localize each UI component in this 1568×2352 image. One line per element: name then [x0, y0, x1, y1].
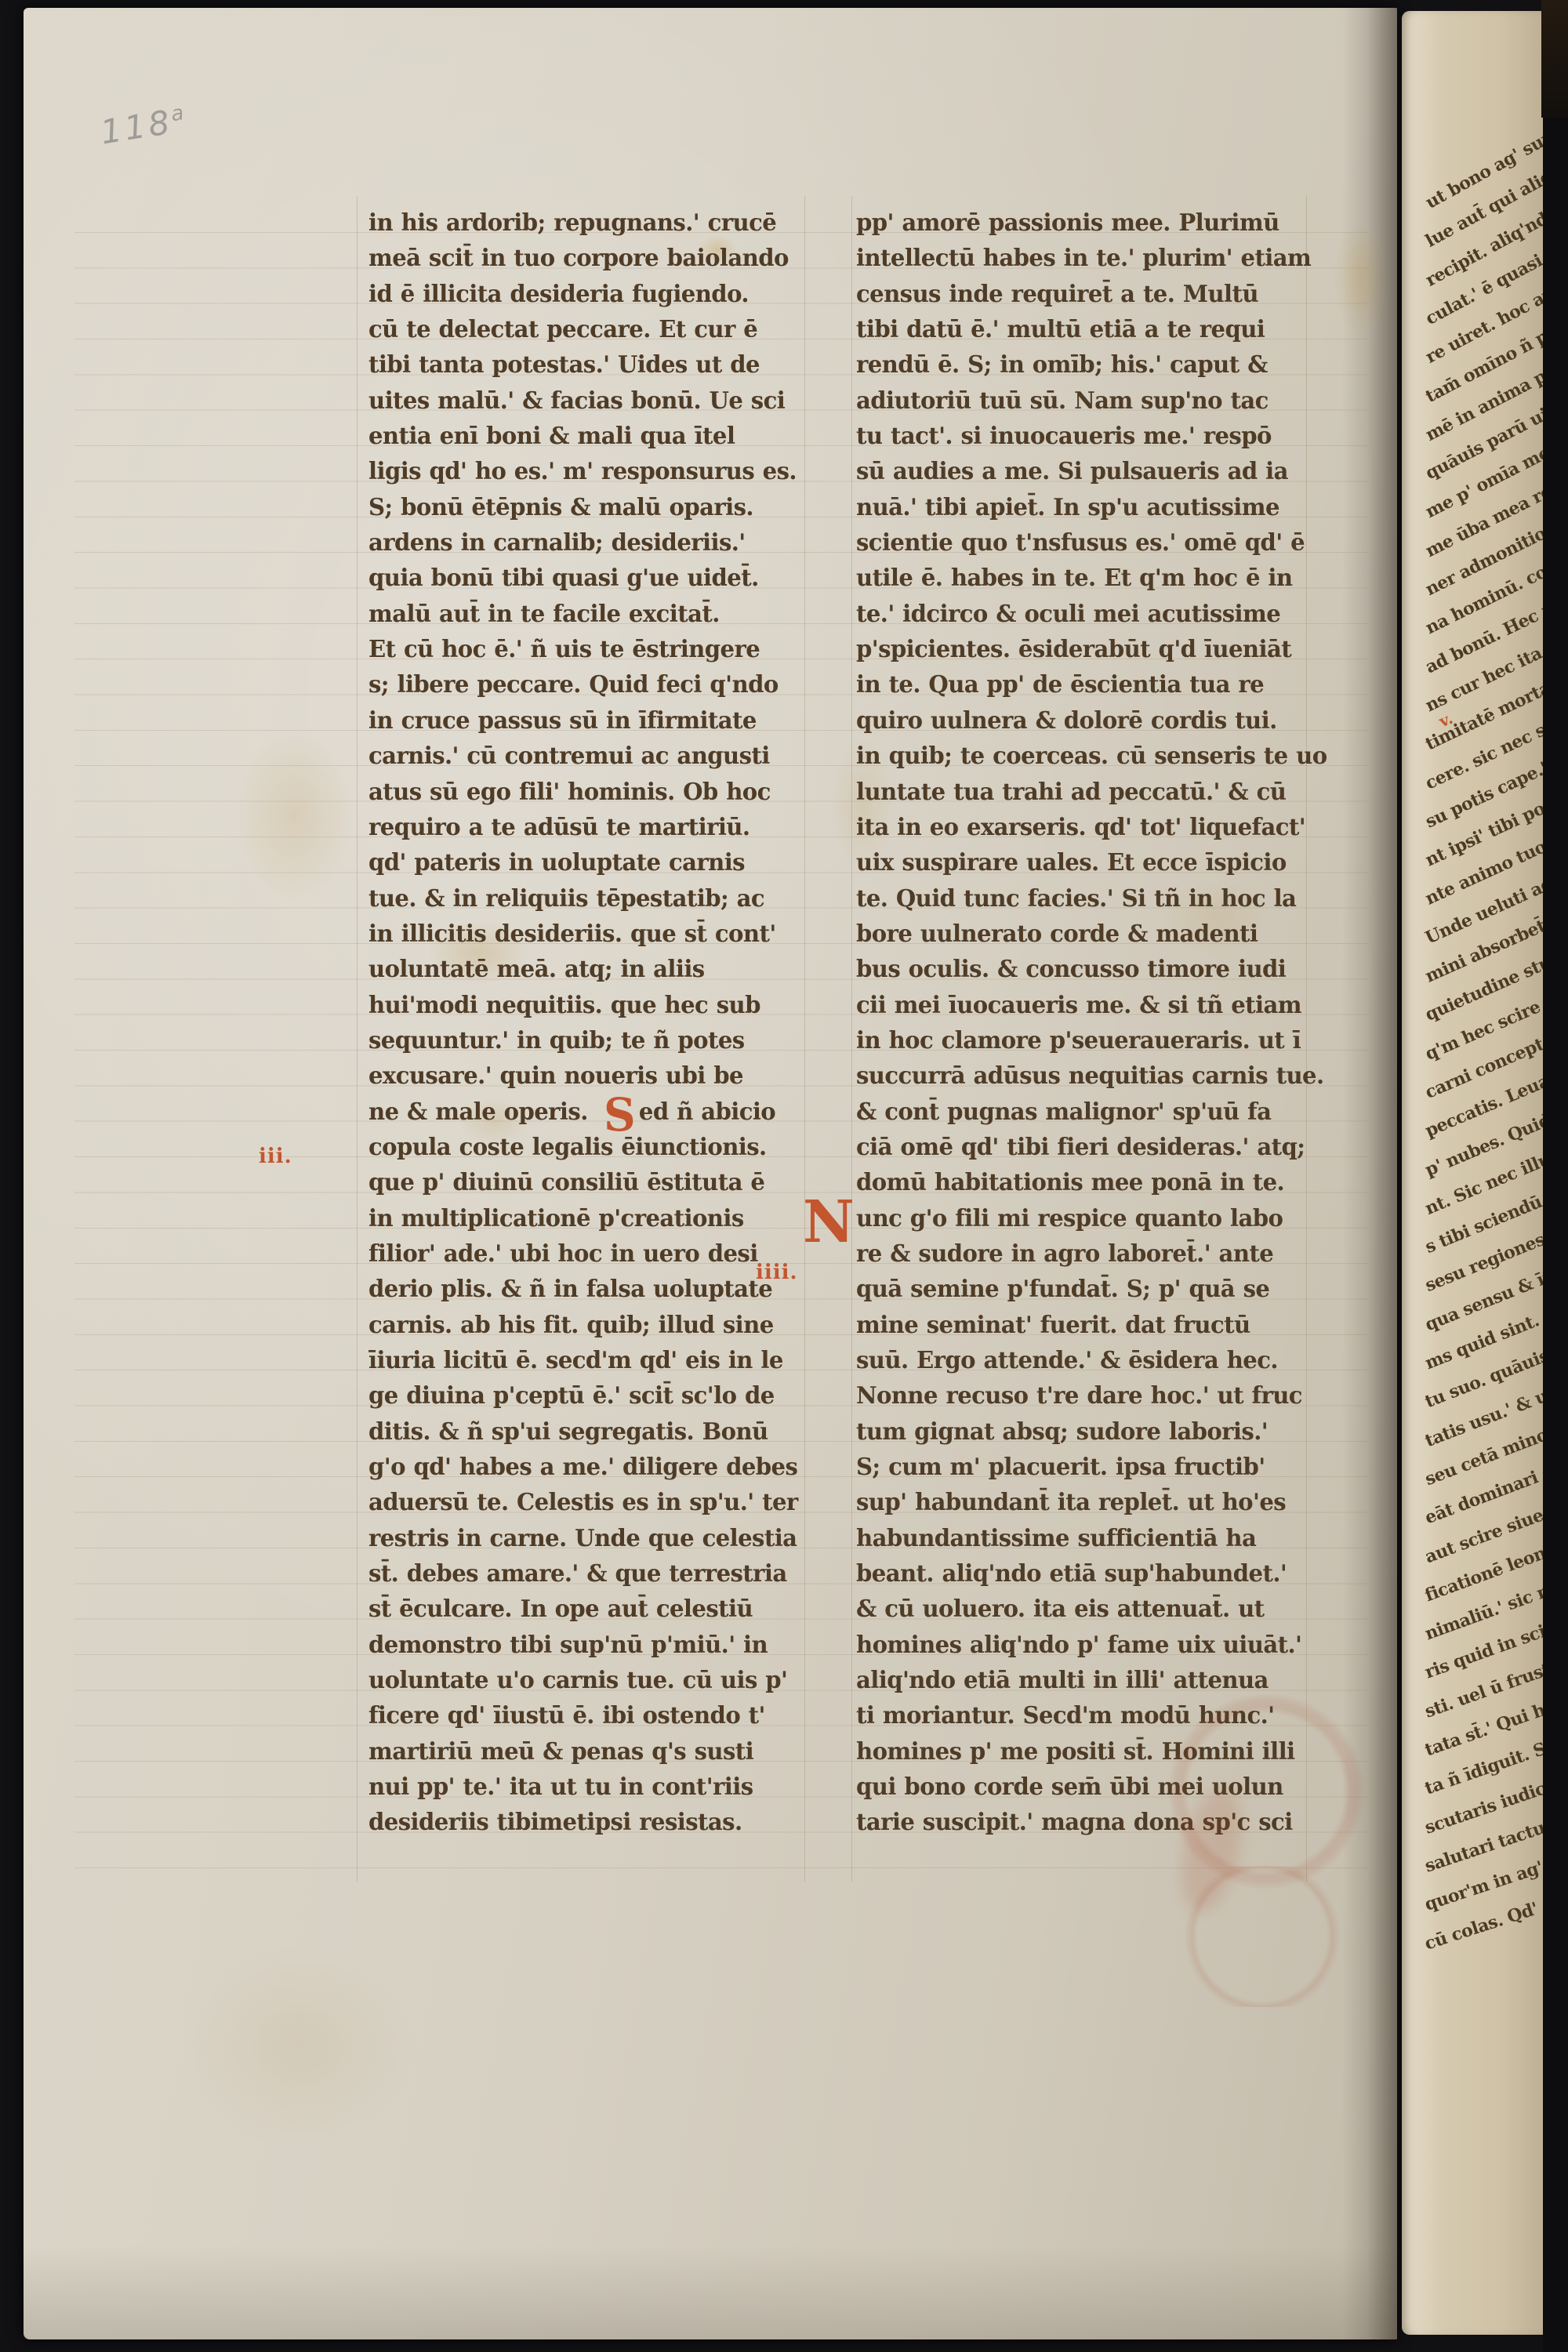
manuscript-line: derio plis. & ñ in falsa uoluptate [368, 1272, 794, 1307]
manuscript-line: cū te delectat peccare. Et cur ē [368, 312, 794, 347]
manuscript-line: in illicitis desideriis. que st̄ cont' [368, 916, 794, 952]
manuscript-line: & cū uoluero. ita eis attenuat̄. ut [856, 1592, 1298, 1627]
scan-background [1543, 0, 1568, 2352]
manuscript-line: nui pp' te.' ita ut tu in cont'riis [368, 1769, 794, 1805]
manuscript-line: in his ardorib; repugnans.' crucē [368, 205, 794, 241]
manuscript-line: ge diuina p'ceptū ē.' scit̄ sc'lo de [368, 1378, 794, 1414]
manuscript-line: ditis. & ñ sp'ui segregatis. Bonū [368, 1414, 794, 1450]
manuscript-line: carnis. ab his fit. quib; illud sine [368, 1308, 794, 1343]
gutter-shadow [1342, 8, 1397, 2339]
book-block-corner [1541, 0, 1568, 118]
manuscript-line: aduersū te. Celestis es in sp'u.' ter [368, 1485, 794, 1520]
manuscript-line: homines p' me positi st̄. Homini illi [856, 1734, 1298, 1769]
manuscript-line: census inde requiret̄ a te. Multū [856, 277, 1298, 312]
manuscript-line: que p' diuinū consiliū ēstituta ē [368, 1165, 794, 1200]
manuscript-line: sup' habundant̄ ita replet̄. ut ho'es [856, 1485, 1298, 1520]
manuscript-line: in quib; te coerceas. cū senseris te uo [856, 739, 1298, 774]
manuscript-line: pp' amorē passionis mee. Plurimū [856, 205, 1298, 241]
manuscript-line: mine seminat' fuerit. dat fructū [856, 1308, 1298, 1343]
manuscript-line: ardens in carnalib; desideriis.' [368, 525, 794, 561]
manuscript-line: Nonne recuso t're dare hoc.' ut fruc [856, 1378, 1298, 1414]
manuscript-line: bus oculis. & concusso timore iudi [856, 952, 1298, 987]
manuscript-line: st̄ ēculcare. In ope aut̄ celestiū [368, 1592, 794, 1627]
manuscript-line: tibi datū ē.' multū etiā a te requi [856, 312, 1298, 347]
manuscript-line: excusare.' quin noueris ubi be [368, 1058, 794, 1094]
manuscript-line: tu tact'. si inuocaueris me.' respō [856, 419, 1298, 454]
manuscript-line: s; libere peccare. Quid feci q'ndo [368, 667, 794, 702]
manuscript-line: uoluntatē meā. atq; in aliis [368, 952, 794, 987]
manuscript-line: utile ē. habes in te. Et q'm hoc ē in [856, 561, 1298, 596]
manuscript-line: martiriū meū & penas q's susti [368, 1734, 794, 1769]
manuscript-line: in te. Qua pp' de ēscientia tua re [856, 667, 1298, 702]
page-bottom-shadow [24, 2245, 1397, 2339]
manuscript-line: tarie suscipit.' magna dona sp'c sci [856, 1805, 1298, 1840]
manuscript-line: qd' pateris in uoluptate carnis [368, 845, 794, 880]
manuscript-line: in multiplicationē p'creationis [368, 1201, 794, 1236]
manuscript-line: suū. Ergo attende.' & ēsidera hec. [856, 1343, 1298, 1378]
manuscript-line: ciā omē qd' tibi fieri desideras.' atq; [856, 1130, 1298, 1165]
manuscript-line: ficere qd' īiustū ē. ibi ostendo t' [368, 1698, 794, 1733]
manuscript-line: filior' ade.' ubi hoc in uero desi [368, 1236, 794, 1272]
manuscript-line: ita in eo exarseris. qd' tot' liquefact' [856, 810, 1298, 845]
manuscript-line: desideriis tibimetipsi resistas. [368, 1805, 794, 1840]
manuscript-line: uix suspirare uales. Et ecce īspicio [856, 845, 1298, 880]
manuscript-line: domū habitationis mee ponā in te. [856, 1165, 1298, 1200]
text-column-right: pp' amorē passionis mee. Plurimūintellec… [856, 205, 1311, 1841]
manuscript-line: ne & male operis. Sed ñ abicio [368, 1094, 794, 1130]
manuscript-line: malū aut̄ in te facile excitat̄. [368, 597, 794, 632]
manuscript-line: sequuntur.' in quib; te ñ potes [368, 1023, 794, 1058]
manuscript-photograph: 118a iii. iiii. in his ardorib; repugnan… [0, 0, 1568, 2352]
manuscript-line: succurrā adūsus nequitias carnis tue. [856, 1058, 1298, 1094]
manuscript-line: in cruce passus sū in īfirmitate [368, 703, 794, 739]
manuscript-line: īiuria licitū ē. secd'm qd' eis in le [368, 1343, 794, 1378]
manuscript-line: te.' idcirco & oculi mei acutissime [856, 597, 1298, 632]
manuscript-line: requiro a te adūsū te martiriū. [368, 810, 794, 845]
manuscript-line: quiro uulnera & dolorē cordis tui. [856, 703, 1298, 739]
manuscript-line: carnis.' cū contremui ac angusti [368, 739, 794, 774]
manuscript-line: cii mei īuocaueris me. & si tñ etiam [856, 988, 1298, 1023]
manuscript-line: copula coste legalis ēiunctionis. [368, 1130, 794, 1165]
text-column-left: in his ardorib; repugnans.' crucēmeā sci… [368, 205, 808, 1841]
manuscript-line: sū audies a me. Si pulsaueris ad ia [856, 454, 1298, 489]
manuscript-line: te. Quid tunc facies.' Si tñ in hoc la [856, 881, 1298, 916]
manuscript-line: quā semine p'fundat̄. S; p' quā se [856, 1272, 1298, 1307]
manuscript-line: tue. & in reliquiis tēpestatib; ac [368, 881, 794, 916]
manuscript-line: st̄. debes amare.' & que terrestria [368, 1556, 794, 1592]
manuscript-line: intellectū habes in te.' plurim' etiam [856, 241, 1298, 276]
manuscript-line: luntate tua trahi ad peccatū.' & cū [856, 775, 1298, 810]
manuscript-line: id ē illicita desideria fugiendo. [368, 277, 794, 312]
manuscript-line: ligis qd' ho es.' m' responsurus es. [368, 454, 794, 489]
manuscript-line: tibi tanta potestas.' Uides ut de [368, 347, 794, 383]
manuscript-line: tum gignat absq; sudore laboris.' [856, 1414, 1298, 1450]
manuscript-line: scientie quo t'nsfusus es.' omē qd' ē [856, 525, 1298, 561]
manuscript-line: nuā.' tibi apiet̄. In sp'u acutissime [856, 490, 1298, 525]
manuscript-line: g'o qd' habes a me.' diligere debes [368, 1450, 794, 1485]
manuscript-line: re & sudore in agro laboret̄.' ante [856, 1236, 1298, 1272]
manuscript-line: & cont̄ pugnas malignor' sp'uū fa [856, 1094, 1298, 1130]
manuscript-line: entia enī boni & mali qua ītel [368, 419, 794, 454]
manuscript-line: atus sū ego fili' hominis. Ob hoc [368, 775, 794, 810]
manuscript-line: Nunc g'o fili mi respice quanto labo [856, 1201, 1298, 1236]
manuscript-line: restris in carne. Unde que celestia [368, 1521, 794, 1556]
manuscript-line: ti moriantur. Secd'm modū hunc.' [856, 1698, 1298, 1733]
manuscript-line: quia bonū tibi quasi g'ue uidet̄. [368, 561, 794, 596]
chapter-numeral-iii: iii. [259, 1145, 292, 1168]
manuscript-line: bore uulnerato corde & madenti [856, 916, 1298, 952]
manuscript-line: habundantissime sufficientiā ha [856, 1521, 1298, 1556]
manuscript-line: adiutoriū tuū sū. Nam sup'no tac [856, 383, 1298, 419]
manuscript-line: rendū ē. S; in omīb; his.' caput & [856, 347, 1298, 383]
next-folio-edge: v. ut bono ag' sup hlue aut̄ qui aliqure… [1402, 11, 1543, 2335]
manuscript-line: beant. aliq'ndo etiā sup'habundet.' [856, 1556, 1298, 1592]
manuscript-line: Et cū hoc ē.' ñ uis te ēstringere [368, 632, 794, 667]
manuscript-line: uoluntate u'o carnis tue. cū uis p' [368, 1663, 794, 1698]
manuscript-line: in hoc clamore p'seueraueraris. ut ī [856, 1023, 1298, 1058]
manuscript-line: uites malū.' & facias bonū. Ue sci [368, 383, 794, 419]
manuscript-line: S; bonū ētēpnis & malū oparis. [368, 490, 794, 525]
manuscript-line: hui'modi nequitiis. que hec sub [368, 988, 794, 1023]
manuscript-line: qui bono corde sem̄ ūbi mei uolun [856, 1769, 1298, 1805]
manuscript-line: meā scit̄ in tuo corpore baiolando [368, 241, 794, 276]
manuscript-line: demonstro tibi sup'nū p'miū.' in [368, 1628, 794, 1663]
manuscript-line: aliq'ndo etiā multi in illi' attenua [856, 1663, 1298, 1698]
manuscript-line: homines aliq'ndo p' fame uix uiuāt.' [856, 1628, 1298, 1663]
manuscript-line: S; cum m' placuerit. ipsa fructib' [856, 1450, 1298, 1485]
manuscript-line: p'spicientes. ēsiderabūt q'd īueniāt [856, 632, 1298, 667]
rubric-initial: N [803, 1193, 854, 1251]
